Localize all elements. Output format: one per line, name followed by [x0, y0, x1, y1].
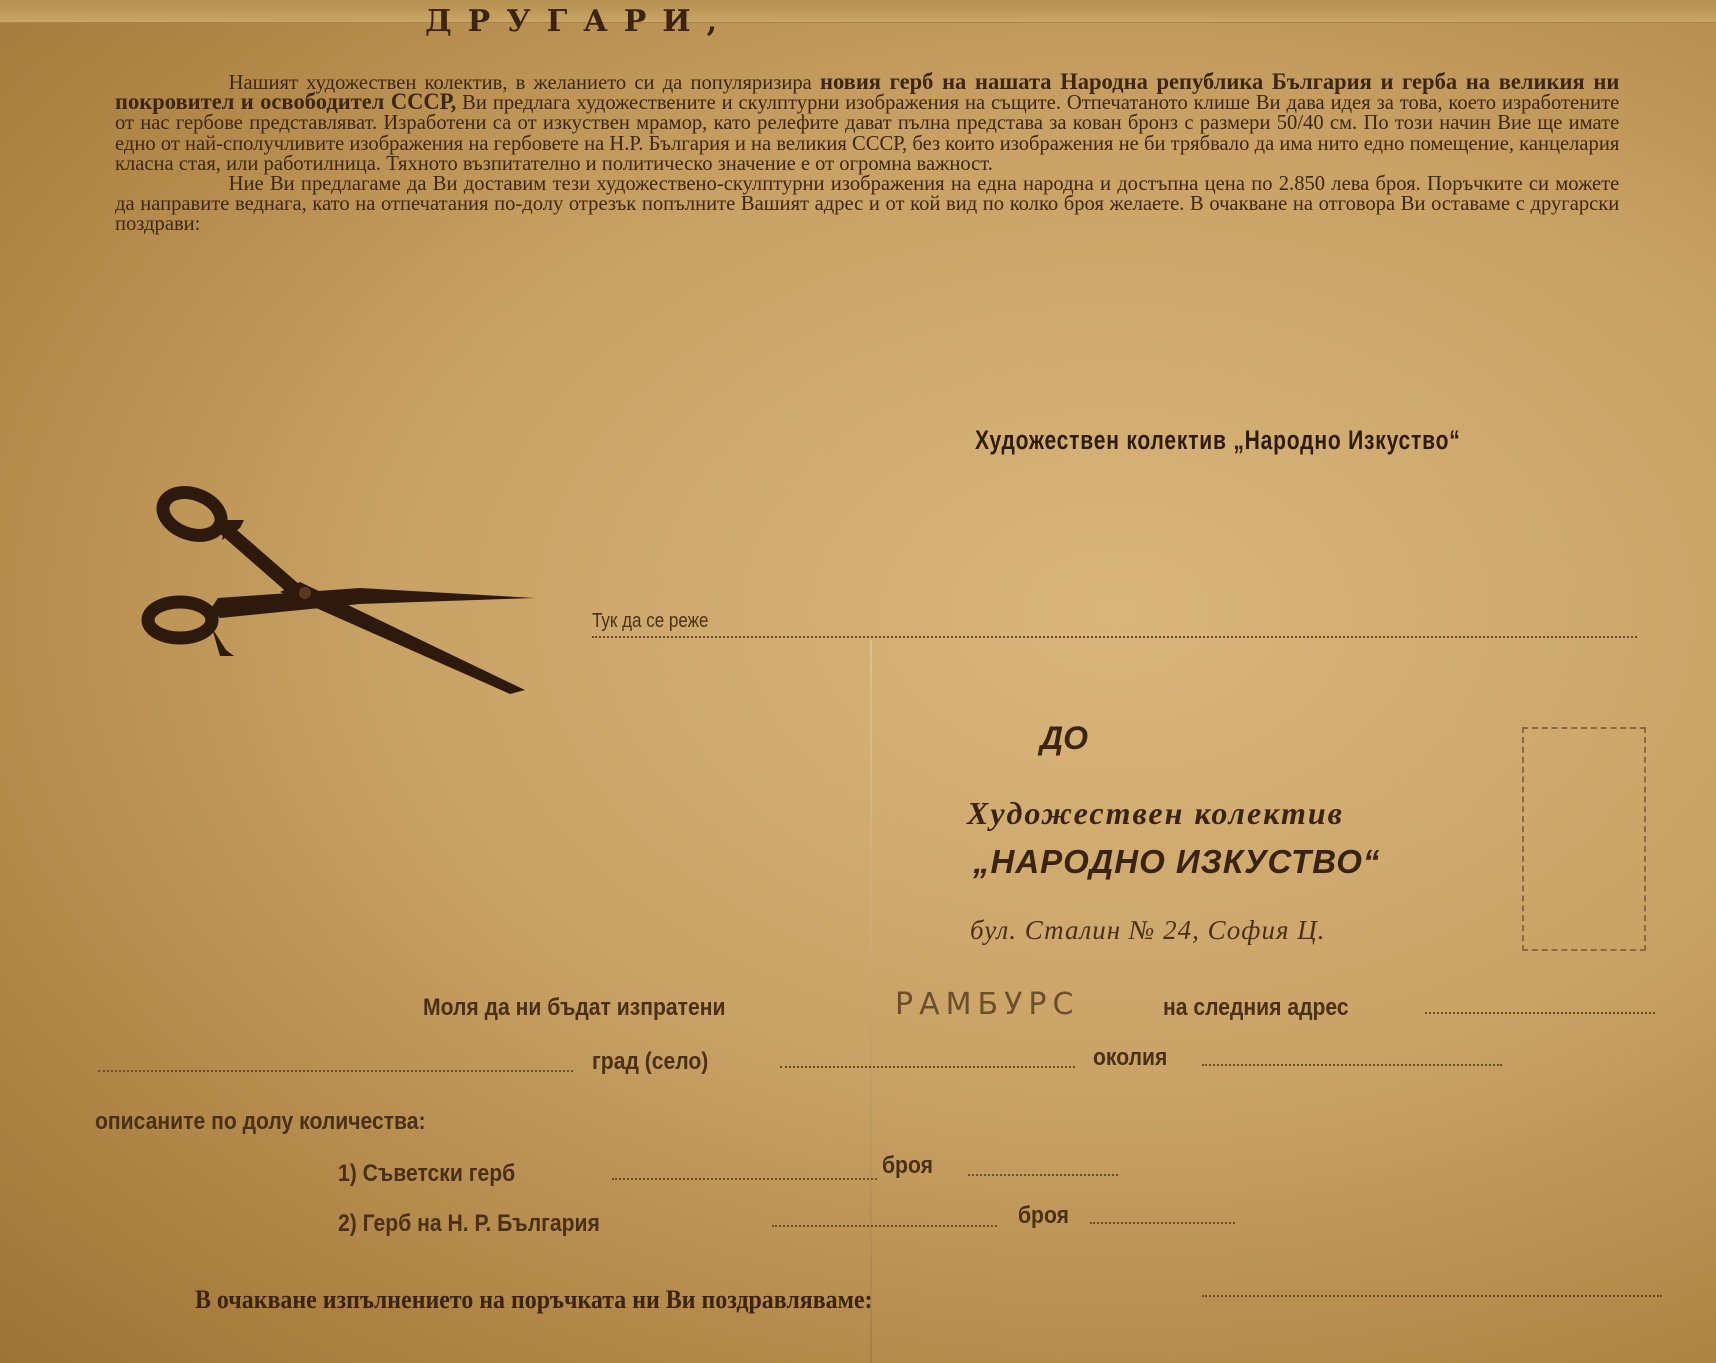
recipient-name: „НАРОДНО ИЗКУСТВО“ [973, 843, 1380, 881]
cut-here-label: Тук да се реже [592, 610, 708, 633]
city-label: град (село) [592, 1048, 708, 1076]
address-field-line-2[interactable] [98, 1070, 573, 1072]
closing-line: В очакване изпълнението на поръчката ни … [195, 1285, 872, 1315]
item-1-count-field[interactable] [968, 1174, 1118, 1176]
paper-fold [870, 640, 872, 1363]
quantities-label: описаните по долу количества: [95, 1108, 426, 1136]
cut-line [592, 636, 1637, 638]
item-2-count-field[interactable] [1090, 1222, 1235, 1224]
paragraph-2: Ние Ви предлагаме да Ви доставим тези ху… [115, 173, 1619, 234]
district-label: околия [1093, 1044, 1167, 1072]
city-field[interactable] [780, 1066, 1075, 1068]
request-suffix: на следния адрес [1163, 994, 1349, 1022]
address-field[interactable] [1425, 1012, 1655, 1014]
closing-signature-field[interactable] [1202, 1295, 1662, 1297]
paper-top-edge [0, 0, 1716, 23]
letter-body: Нашият художествен колектив, в желанието… [115, 72, 1619, 234]
item-2-field[interactable] [772, 1225, 997, 1227]
item-1-label: 1) Съветски герб [338, 1160, 515, 1188]
scissors-icon [130, 480, 550, 700]
request-prefix: Моля да ни бъдат изпратени [423, 994, 725, 1022]
district-field[interactable] [1202, 1064, 1502, 1066]
to-label: ДО [1040, 720, 1088, 757]
salutation-heading: ДРУГАРИ, [425, 4, 733, 39]
item-2-count-label: броя [1018, 1202, 1069, 1230]
item-1-field[interactable] [612, 1178, 877, 1180]
item-2-label: 2) Герб на Н. Р. България [338, 1210, 600, 1238]
paragraph-1: Нашият художествен колектив, в желанието… [115, 72, 1619, 173]
recipient-street: бул. Сталин № 24, София Ц. [970, 915, 1326, 946]
postage-stamp-box [1522, 727, 1646, 951]
stamped-word: РАМБУРС [895, 987, 1079, 1022]
signature: Художествен колектив „Народно Изкуство“ [975, 425, 1461, 456]
item-1-count-label: броя [882, 1152, 933, 1180]
recipient-org: Художествен колектив [967, 795, 1344, 832]
